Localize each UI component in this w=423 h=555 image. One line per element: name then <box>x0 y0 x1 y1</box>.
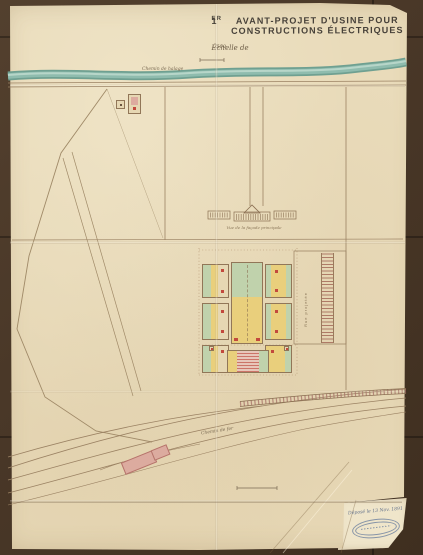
street-label-vertical: Rue projetée <box>303 292 308 327</box>
riverside-building <box>128 94 141 114</box>
building-west-3 <box>202 345 229 373</box>
facade-caption: Vue de la façade principale <box>206 225 302 230</box>
rail-siding-ladder <box>321 253 334 343</box>
boiler-house <box>227 350 269 373</box>
central-hall <box>231 262 263 344</box>
riverside-annex <box>116 100 125 109</box>
small-annex-east <box>284 346 289 351</box>
towpath-label: Chemin de halage <box>142 67 183 72</box>
building-west-1 <box>202 264 229 298</box>
building-east-1 <box>265 264 292 298</box>
photo-backdrop: 1ER AVANT-PROJET D'USINE POUR CONSTRUCTI… <box>0 0 423 555</box>
building-east-2 <box>265 303 292 340</box>
building-west-2 <box>202 303 229 340</box>
small-annex-west <box>209 346 214 351</box>
